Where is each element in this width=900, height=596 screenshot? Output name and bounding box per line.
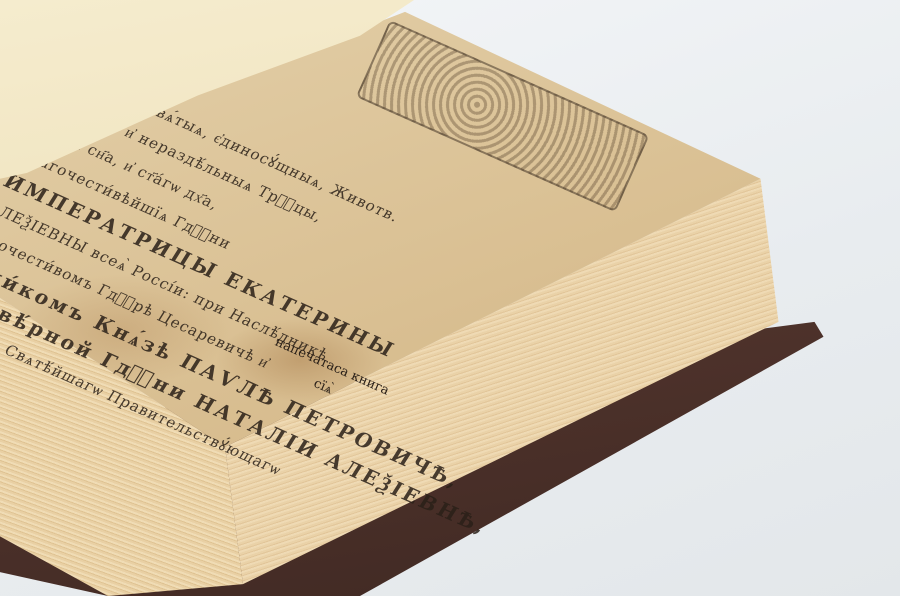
book-photo: и҆мене́мъ Свѧ́тыѧ, є҆диносꙋ́щныѧ, Животв…	[0, 0, 900, 596]
